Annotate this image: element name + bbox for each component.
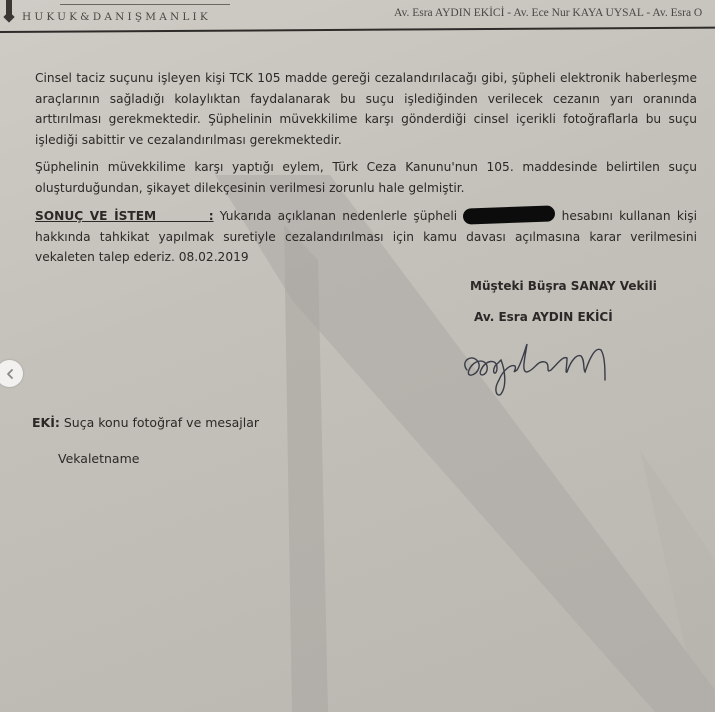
signatory-role: Müşteki Büşra SANAY Vekili [470,279,657,293]
paragraph-1: Cinsel taciz suçunu işleyen kişi TCK 105… [35,68,697,150]
paragraph-2: Şüphelinin müvekkilime karşı yaptığı eyl… [35,157,697,198]
previous-button[interactable] [0,360,23,387]
chevron-left-icon [4,368,16,380]
signatory-name: Av. Esra AYDIN EKİCİ [474,310,613,324]
redaction-mark [463,205,556,224]
pen-logo-icon [6,0,12,20]
conclusion-text-start: Yukarıda açıklanan nedenlerle şüpheli [220,209,457,223]
annex-line: EKİ: Suça konu fotoğraf ve mesajlar [32,415,259,430]
conclusion-underline [156,209,209,223]
lawyer-names: Av. Esra AYDIN EKİCİ - Av. Ece Nur KAYA … [394,7,702,19]
logo-wordmark [60,0,230,5]
handwritten-signature [455,330,645,400]
conclusion-paragraph: SONUÇ VE İSTEM : Yukarıda açıklanan nede… [35,206,697,268]
conclusion-separator: : [209,209,214,223]
annex-item-2: Vekaletname [58,451,139,466]
annex-label: EKİ: [32,415,60,430]
conclusion-label: SONUÇ VE İSTEM [35,209,156,223]
document-photo: HUKUK&DANIŞMANLIK Av. Esra AYDIN EKİCİ -… [0,0,715,712]
annex-item-1: Suça konu fotoğraf ve mesajlar [64,415,259,430]
firm-name: HUKUK&DANIŞMANLIK [22,11,211,23]
